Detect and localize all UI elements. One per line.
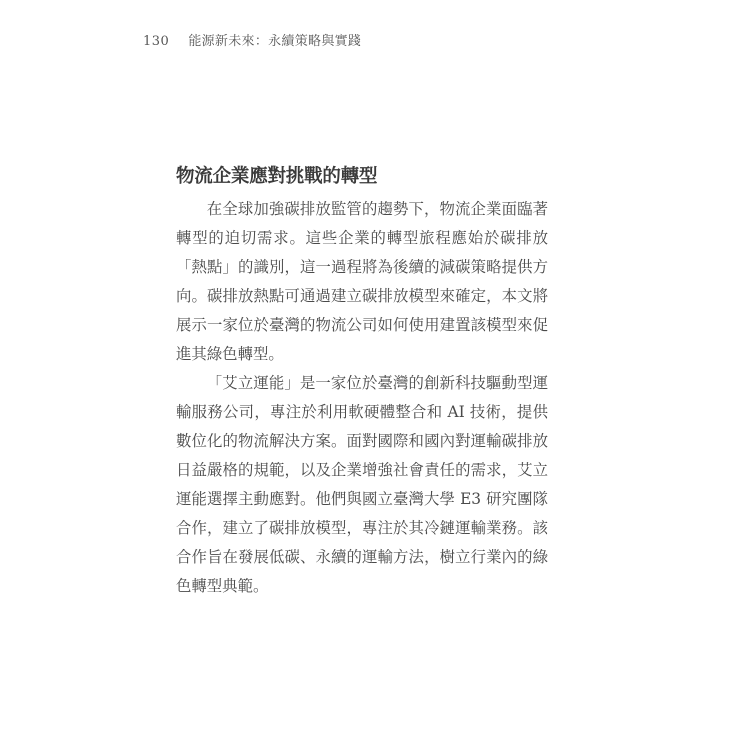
page-number: 130 bbox=[143, 34, 169, 50]
section-heading: 物流企業應對挑戰的轉型 bbox=[176, 165, 548, 189]
text-column: 物流企業應對挑戰的轉型 在全球加強碳排放監管的趨勢下，物流企業面臨著轉型的迫切需… bbox=[176, 165, 548, 601]
paragraph-2: 「艾立運能」是一家位於臺灣的創新科技驅動型運輸服務公司，專注於利用軟硬體整合和 … bbox=[176, 369, 548, 601]
paragraph-1: 在全球加強碳排放監管的趨勢下，物流企業面臨著轉型的迫切需求。這些企業的轉型旅程應… bbox=[176, 195, 548, 369]
running-header-book-title: 能源新未來：永續策略與實踐 bbox=[188, 34, 361, 50]
book-page: 130 能源新未來：永續策略與實踐 物流企業應對挑戰的轉型 在全球加強碳排放監管… bbox=[0, 0, 750, 750]
running-header: 130 能源新未來：永續策略與實踐 bbox=[143, 34, 361, 50]
